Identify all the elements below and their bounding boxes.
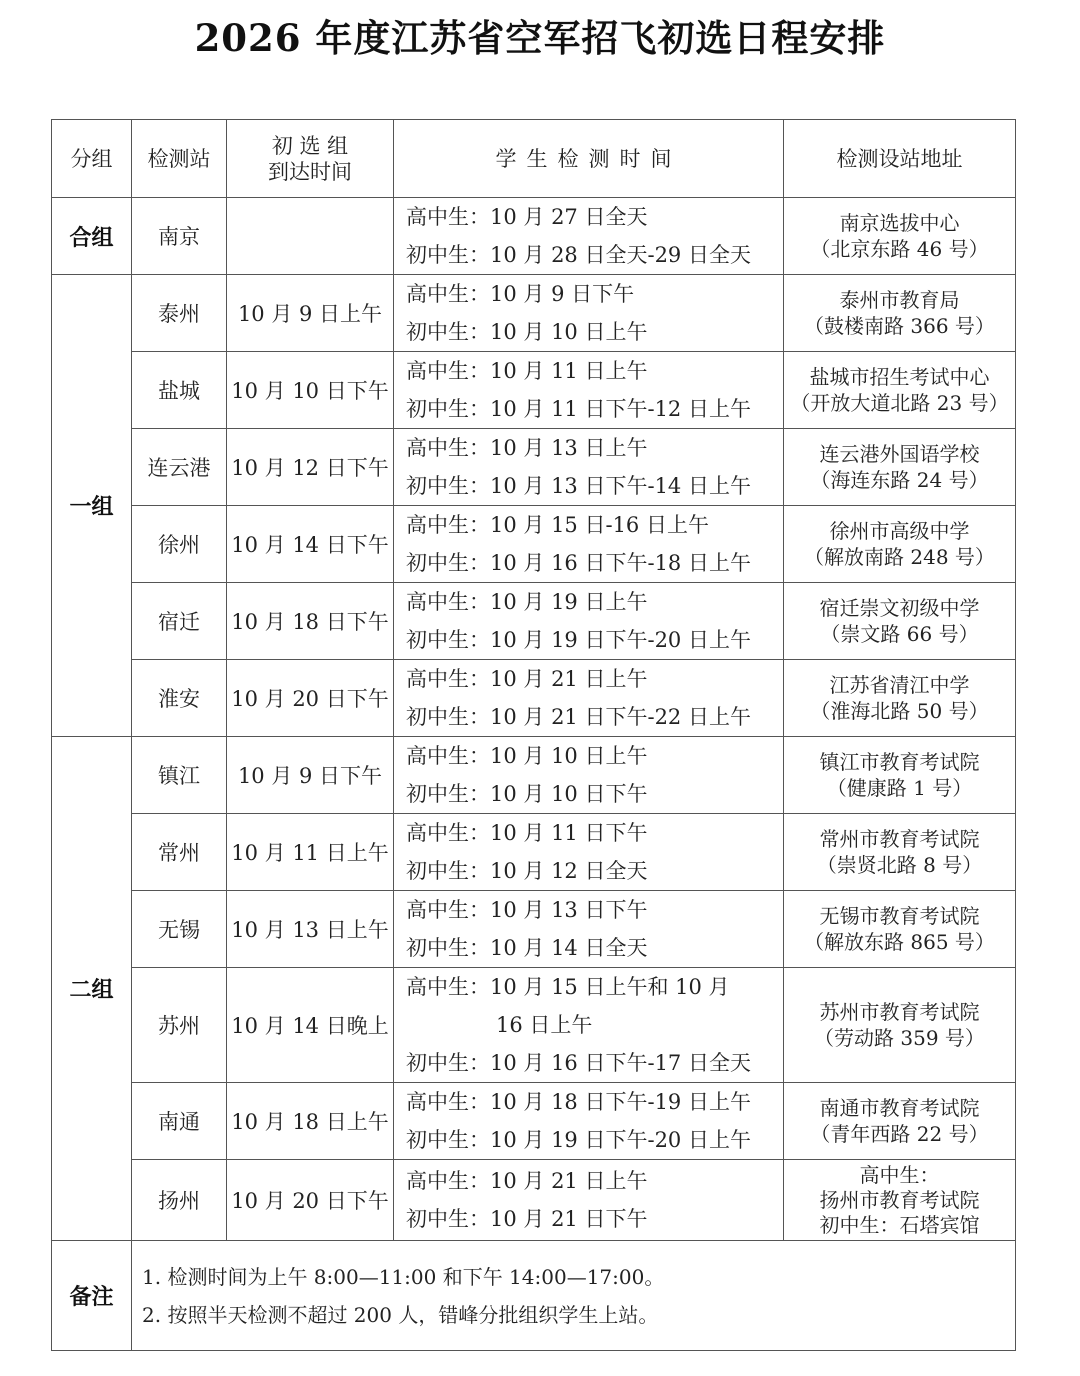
address-cell: 无锡市教育考试院 （解放东路 865 号） bbox=[784, 891, 1016, 968]
time-line: 高中生：10 月 13 日下午 bbox=[406, 891, 783, 929]
address-line: （青年西路 22 号） bbox=[784, 1121, 1015, 1147]
time-line: 初中生：10 月 21 日下午-22 日上午 bbox=[406, 698, 783, 736]
address-line: 南京选拔中心 bbox=[784, 210, 1015, 236]
time-line: 高中生：10 月 13 日上午 bbox=[406, 429, 783, 467]
address-line: （崇贤北路 8 号） bbox=[784, 852, 1015, 878]
time-line: 初中生：10 月 10 日下午 bbox=[406, 775, 783, 813]
address-line: 连云港外国语学校 bbox=[784, 441, 1015, 467]
header-station: 检测站 bbox=[132, 120, 227, 198]
station-cell: 盐城 bbox=[132, 352, 227, 429]
group-cell: 合组 bbox=[52, 198, 132, 275]
address-cell: 南京选拔中心 （北京东路 46 号） bbox=[784, 198, 1016, 275]
station-cell: 连云港 bbox=[132, 429, 227, 506]
table-row: 盐城 10 月 10 日下午 高中生：10 月 11 日上午 初中生：10 月 … bbox=[52, 352, 1016, 429]
time-line: 高中生：10 月 27 日全天 bbox=[406, 198, 783, 236]
address-line: 盐城市招生考试中心 bbox=[784, 364, 1015, 390]
notes-row: 备注 1. 检测时间为上午 8:00—11:00 和下午 14:00—17:00… bbox=[52, 1241, 1016, 1351]
header-arrival: 初 选 组 到达时间 bbox=[227, 120, 394, 198]
notes-cell: 1. 检测时间为上午 8:00—11:00 和下午 14:00—17:00。 2… bbox=[132, 1241, 1016, 1351]
address-cell: 苏州市教育考试院 （劳动路 359 号） bbox=[784, 968, 1016, 1083]
time-line: 高中生：10 月 21 日上午 bbox=[406, 660, 783, 698]
address-line: 南通市教育考试院 bbox=[784, 1095, 1015, 1121]
table-row: 二组 镇江 10 月 9 日下午 高中生：10 月 10 日上午 初中生：10 … bbox=[52, 737, 1016, 814]
header-address: 检测设站地址 bbox=[784, 120, 1016, 198]
time-line: 初中生：10 月 11 日下午-12 日上午 bbox=[406, 390, 783, 428]
address-line: 泰州市教育局 bbox=[784, 287, 1015, 313]
time-line: 初中生：10 月 16 日下午-18 日上午 bbox=[406, 544, 783, 582]
time-cell: 高中生：10 月 13 日上午 初中生：10 月 13 日下午-14 日上午 bbox=[394, 429, 784, 506]
address-line: 高中生： bbox=[784, 1163, 1015, 1188]
time-line: 高中生：10 月 11 日下午 bbox=[406, 814, 783, 852]
time-cell: 高中生：10 月 10 日上午 初中生：10 月 10 日下午 bbox=[394, 737, 784, 814]
station-cell: 泰州 bbox=[132, 275, 227, 352]
station-cell: 苏州 bbox=[132, 968, 227, 1083]
address-cell: 徐州市高级中学 （解放南路 248 号） bbox=[784, 506, 1016, 583]
time-line: 高中生：10 月 18 日下午-19 日上午 bbox=[406, 1083, 783, 1121]
time-cell: 高中生：10 月 27 日全天 初中生：10 月 28 日全天-29 日全天 bbox=[394, 198, 784, 275]
time-line: 初中生：10 月 14 日全天 bbox=[406, 929, 783, 967]
station-cell: 镇江 bbox=[132, 737, 227, 814]
arrival-cell: 10 月 20 日下午 bbox=[227, 1160, 394, 1241]
note-line: 2. 按照半天检测不超过 200 人，错峰分批组织学生上站。 bbox=[142, 1296, 1015, 1334]
address-line: （健康路 1 号） bbox=[784, 775, 1015, 801]
time-cell: 高中生：10 月 19 日上午 初中生：10 月 19 日下午-20 日上午 bbox=[394, 583, 784, 660]
address-line: 初中生：石塔宾馆 bbox=[784, 1213, 1015, 1238]
address-line: （劳动路 359 号） bbox=[784, 1025, 1015, 1051]
arrival-cell bbox=[227, 198, 394, 275]
table-row: 淮安 10 月 20 日下午 高中生：10 月 21 日上午 初中生：10 月 … bbox=[52, 660, 1016, 737]
station-cell: 南京 bbox=[132, 198, 227, 275]
arrival-cell: 10 月 18 日上午 bbox=[227, 1083, 394, 1160]
header-arrival-line1: 初 选 组 bbox=[227, 133, 393, 159]
address-cell: 镇江市教育考试院 （健康路 1 号） bbox=[784, 737, 1016, 814]
table-row: 连云港 10 月 12 日下午 高中生：10 月 13 日上午 初中生：10 月… bbox=[52, 429, 1016, 506]
arrival-cell: 10 月 14 日晚上 bbox=[227, 968, 394, 1083]
time-cell: 高中生：10 月 21 日上午 初中生：10 月 21 日下午 bbox=[394, 1160, 784, 1241]
group-cell: 一组 bbox=[52, 275, 132, 737]
time-line: 初中生：10 月 13 日下午-14 日上午 bbox=[406, 467, 783, 505]
time-cell: 高中生：10 月 11 日上午 初中生：10 月 11 日下午-12 日上午 bbox=[394, 352, 784, 429]
header-student-time: 学生检测时间 bbox=[394, 120, 784, 198]
address-cell: 江苏省清江中学 （淮海北路 50 号） bbox=[784, 660, 1016, 737]
table-header-row: 分组 检测站 初 选 组 到达时间 学生检测时间 检测设站地址 bbox=[52, 120, 1016, 198]
address-line: 镇江市教育考试院 bbox=[784, 749, 1015, 775]
station-cell: 无锡 bbox=[132, 891, 227, 968]
address-line: 宿迁崇文初级中学 bbox=[784, 595, 1015, 621]
time-line: 初中生：10 月 16 日下午-17 日全天 bbox=[406, 1044, 783, 1082]
arrival-cell: 10 月 18 日下午 bbox=[227, 583, 394, 660]
time-line: 高中生：10 月 10 日上午 bbox=[406, 737, 783, 775]
notes-label: 备注 bbox=[52, 1241, 132, 1351]
table-row: 无锡 10 月 13 日上午 高中生：10 月 13 日下午 初中生：10 月 … bbox=[52, 891, 1016, 968]
address-line: 苏州市教育考试院 bbox=[784, 999, 1015, 1025]
table-row: 扬州 10 月 20 日下午 高中生：10 月 21 日上午 初中生：10 月 … bbox=[52, 1160, 1016, 1241]
address-line: （解放东路 865 号） bbox=[784, 929, 1015, 955]
time-line: 16 日上午 bbox=[406, 1006, 783, 1044]
address-cell: 高中生： 扬州市教育考试院 初中生：石塔宾馆 bbox=[784, 1160, 1016, 1241]
time-line: 高中生：10 月 15 日上午和 10 月 bbox=[406, 968, 783, 1006]
time-cell: 高中生：10 月 11 日下午 初中生：10 月 12 日全天 bbox=[394, 814, 784, 891]
time-line: 初中生：10 月 19 日下午-20 日上午 bbox=[406, 621, 783, 659]
page-title: 2026 年度江苏省空军招飞初选日程安排 bbox=[0, 8, 1080, 62]
time-cell: 高中生：10 月 21 日上午 初中生：10 月 21 日下午-22 日上午 bbox=[394, 660, 784, 737]
address-cell: 泰州市教育局 （鼓楼南路 366 号） bbox=[784, 275, 1016, 352]
station-cell: 南通 bbox=[132, 1083, 227, 1160]
time-line: 初中生：10 月 12 日全天 bbox=[406, 852, 783, 890]
time-line: 高中生：10 月 9 日下午 bbox=[406, 275, 783, 313]
arrival-cell: 10 月 14 日下午 bbox=[227, 506, 394, 583]
station-cell: 淮安 bbox=[132, 660, 227, 737]
address-line: （北京东路 46 号） bbox=[784, 236, 1015, 262]
table-row: 苏州 10 月 14 日晚上 高中生：10 月 15 日上午和 10 月 16 … bbox=[52, 968, 1016, 1083]
address-line: 扬州市教育考试院 bbox=[784, 1188, 1015, 1213]
note-line: 1. 检测时间为上午 8:00—11:00 和下午 14:00—17:00。 bbox=[142, 1258, 1015, 1296]
time-cell: 高中生：10 月 18 日下午-19 日上午 初中生：10 月 19 日下午-2… bbox=[394, 1083, 784, 1160]
arrival-cell: 10 月 9 日上午 bbox=[227, 275, 394, 352]
arrival-cell: 10 月 10 日下午 bbox=[227, 352, 394, 429]
time-line: 初中生：10 月 28 日全天-29 日全天 bbox=[406, 236, 783, 274]
time-cell: 高中生：10 月 15 日-16 日上午 初中生：10 月 16 日下午-18 … bbox=[394, 506, 784, 583]
address-line: （崇文路 66 号） bbox=[784, 621, 1015, 647]
time-line: 高中生：10 月 21 日上午 bbox=[406, 1162, 783, 1200]
address-cell: 宿迁崇文初级中学 （崇文路 66 号） bbox=[784, 583, 1016, 660]
station-cell: 扬州 bbox=[132, 1160, 227, 1241]
arrival-cell: 10 月 9 日下午 bbox=[227, 737, 394, 814]
address-cell: 连云港外国语学校 （海连东路 24 号） bbox=[784, 429, 1016, 506]
table-row: 宿迁 10 月 18 日下午 高中生：10 月 19 日上午 初中生：10 月 … bbox=[52, 583, 1016, 660]
address-line: 徐州市高级中学 bbox=[784, 518, 1015, 544]
station-cell: 常州 bbox=[132, 814, 227, 891]
time-line: 高中生：10 月 15 日-16 日上午 bbox=[406, 506, 783, 544]
address-line: 无锡市教育考试院 bbox=[784, 903, 1015, 929]
table-row: 合组 南京 高中生：10 月 27 日全天 初中生：10 月 28 日全天-29… bbox=[52, 198, 1016, 275]
time-line: 初中生：10 月 21 日下午 bbox=[406, 1200, 783, 1238]
arrival-cell: 10 月 11 日上午 bbox=[227, 814, 394, 891]
table-row: 一组 泰州 10 月 9 日上午 高中生：10 月 9 日下午 初中生：10 月… bbox=[52, 275, 1016, 352]
table-row: 徐州 10 月 14 日下午 高中生：10 月 15 日-16 日上午 初中生：… bbox=[52, 506, 1016, 583]
schedule-table: 分组 检测站 初 选 组 到达时间 学生检测时间 检测设站地址 合组 南京 高中… bbox=[51, 119, 1016, 1351]
address-cell: 常州市教育考试院 （崇贤北路 8 号） bbox=[784, 814, 1016, 891]
arrival-cell: 10 月 12 日下午 bbox=[227, 429, 394, 506]
time-cell: 高中生：10 月 13 日下午 初中生：10 月 14 日全天 bbox=[394, 891, 784, 968]
address-cell: 盐城市招生考试中心 （开放大道北路 23 号） bbox=[784, 352, 1016, 429]
station-cell: 宿迁 bbox=[132, 583, 227, 660]
time-cell: 高中生：10 月 9 日下午 初中生：10 月 10 日上午 bbox=[394, 275, 784, 352]
time-line: 高中生：10 月 11 日上午 bbox=[406, 352, 783, 390]
time-cell: 高中生：10 月 15 日上午和 10 月 16 日上午 初中生：10 月 16… bbox=[394, 968, 784, 1083]
address-line: （开放大道北路 23 号） bbox=[784, 390, 1015, 416]
arrival-cell: 10 月 13 日上午 bbox=[227, 891, 394, 968]
address-line: （鼓楼南路 366 号） bbox=[784, 313, 1015, 339]
table-row: 南通 10 月 18 日上午 高中生：10 月 18 日下午-19 日上午 初中… bbox=[52, 1083, 1016, 1160]
address-cell: 南通市教育考试院 （青年西路 22 号） bbox=[784, 1083, 1016, 1160]
address-line: 江苏省清江中学 bbox=[784, 672, 1015, 698]
group-cell: 二组 bbox=[52, 737, 132, 1241]
time-line: 初中生：10 月 10 日上午 bbox=[406, 313, 783, 351]
arrival-cell: 10 月 20 日下午 bbox=[227, 660, 394, 737]
address-line: 常州市教育考试院 bbox=[784, 826, 1015, 852]
station-cell: 徐州 bbox=[132, 506, 227, 583]
address-line: （解放南路 248 号） bbox=[784, 544, 1015, 570]
header-arrival-line2: 到达时间 bbox=[227, 159, 393, 185]
time-line: 初中生：10 月 19 日下午-20 日上午 bbox=[406, 1121, 783, 1159]
address-line: （淮海北路 50 号） bbox=[784, 698, 1015, 724]
table-row: 常州 10 月 11 日上午 高中生：10 月 11 日下午 初中生：10 月 … bbox=[52, 814, 1016, 891]
header-group: 分组 bbox=[52, 120, 132, 198]
time-line: 高中生：10 月 19 日上午 bbox=[406, 583, 783, 621]
address-line: （海连东路 24 号） bbox=[784, 467, 1015, 493]
